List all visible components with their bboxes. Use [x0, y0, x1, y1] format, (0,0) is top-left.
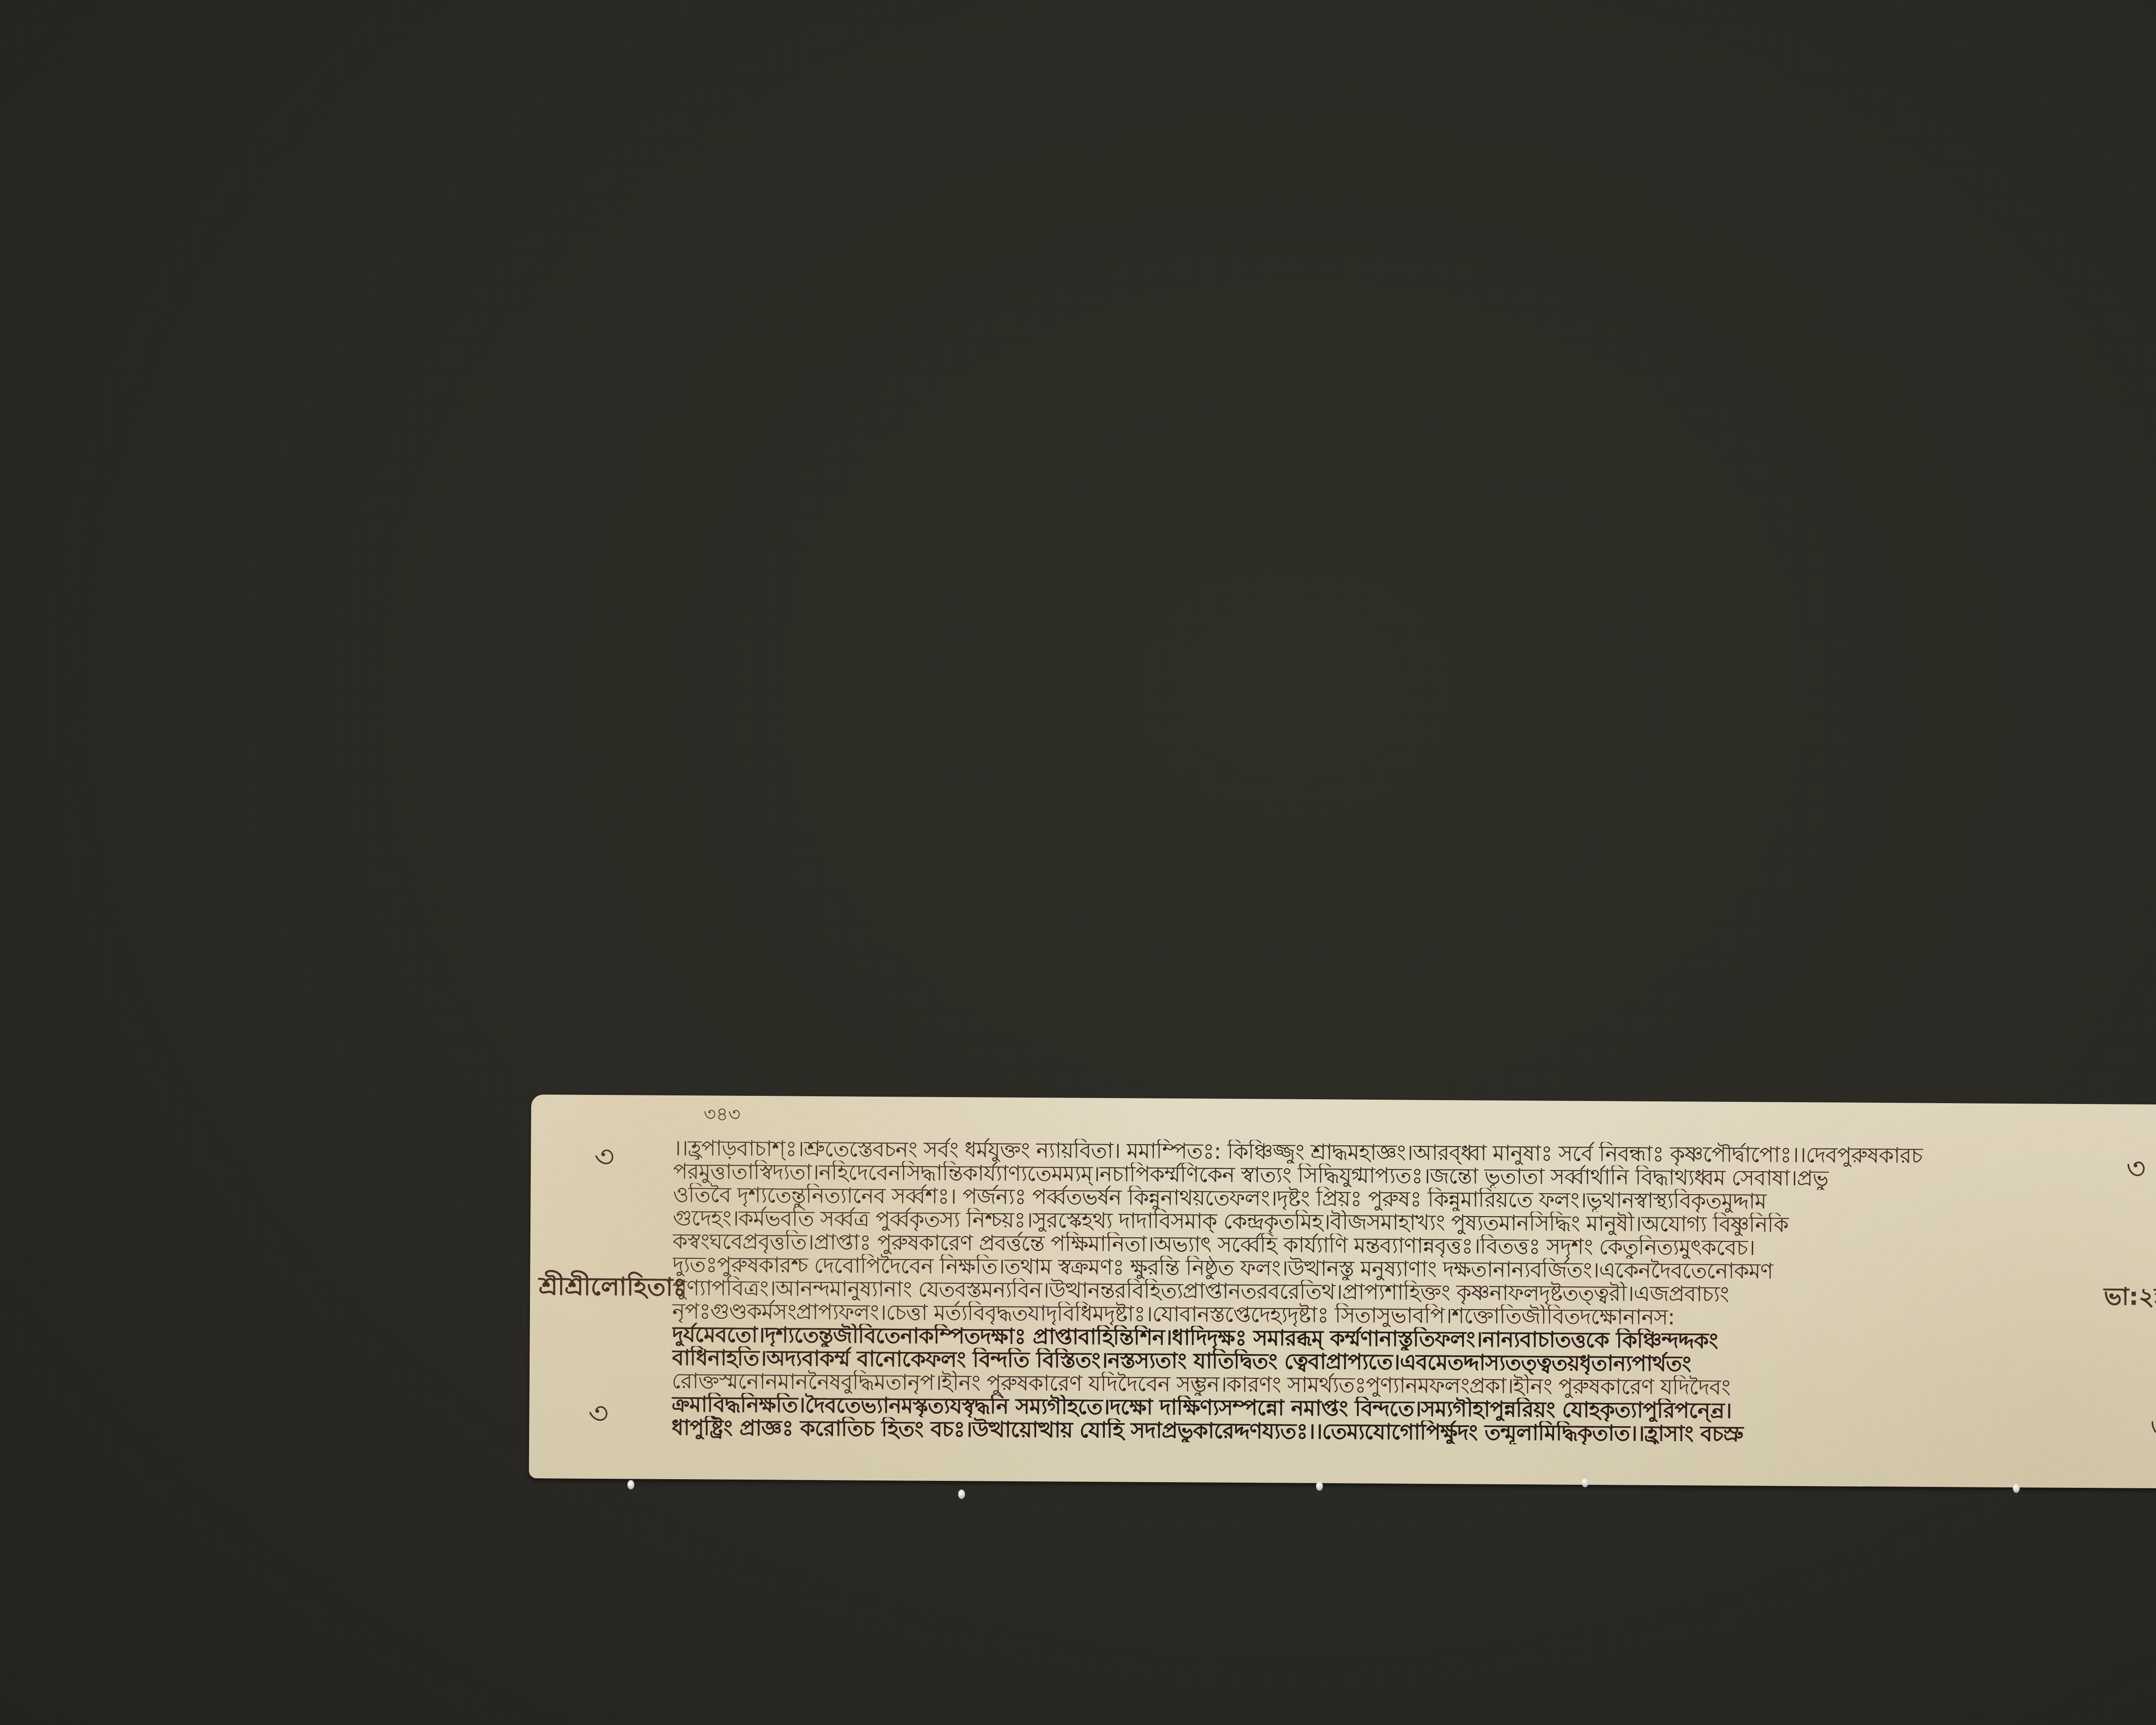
manuscript-folio: ৩৪৩ ৩ ৩ ৩ ৬ শ্রীশ্রীলোহিতাঃ ভা:২স্ত্রী:৩…	[529, 1095, 2156, 1489]
mounting-pin	[1582, 1478, 1589, 1487]
corner-mark-bottom-left: ৩	[582, 1389, 617, 1443]
left-margin-title: শ্রীশ্রীলোহিতাঃ	[539, 1267, 686, 1310]
top-annotation: ৩৪৩	[703, 1100, 740, 1132]
right-margin-folio-mark: ভা:২স্ত্রী:৩	[2104, 1278, 2156, 1319]
mounting-pin	[958, 1490, 965, 1499]
mounting-pin	[2013, 1483, 2020, 1493]
corner-mark-top-left: ৩	[588, 1132, 623, 1186]
mounting-pin	[1316, 1481, 1323, 1491]
corner-mark-top-right: ৩	[2126, 1145, 2146, 1196]
manuscript-text-block: ।।হ্রূপাড়বাচাশ্ঃ।শ্রুতেস্তেবচনং সর্বং ধ…	[671, 1136, 2083, 1448]
mounting-pin	[627, 1480, 634, 1490]
corner-mark-bottom-right: ৬	[2150, 1402, 2156, 1452]
